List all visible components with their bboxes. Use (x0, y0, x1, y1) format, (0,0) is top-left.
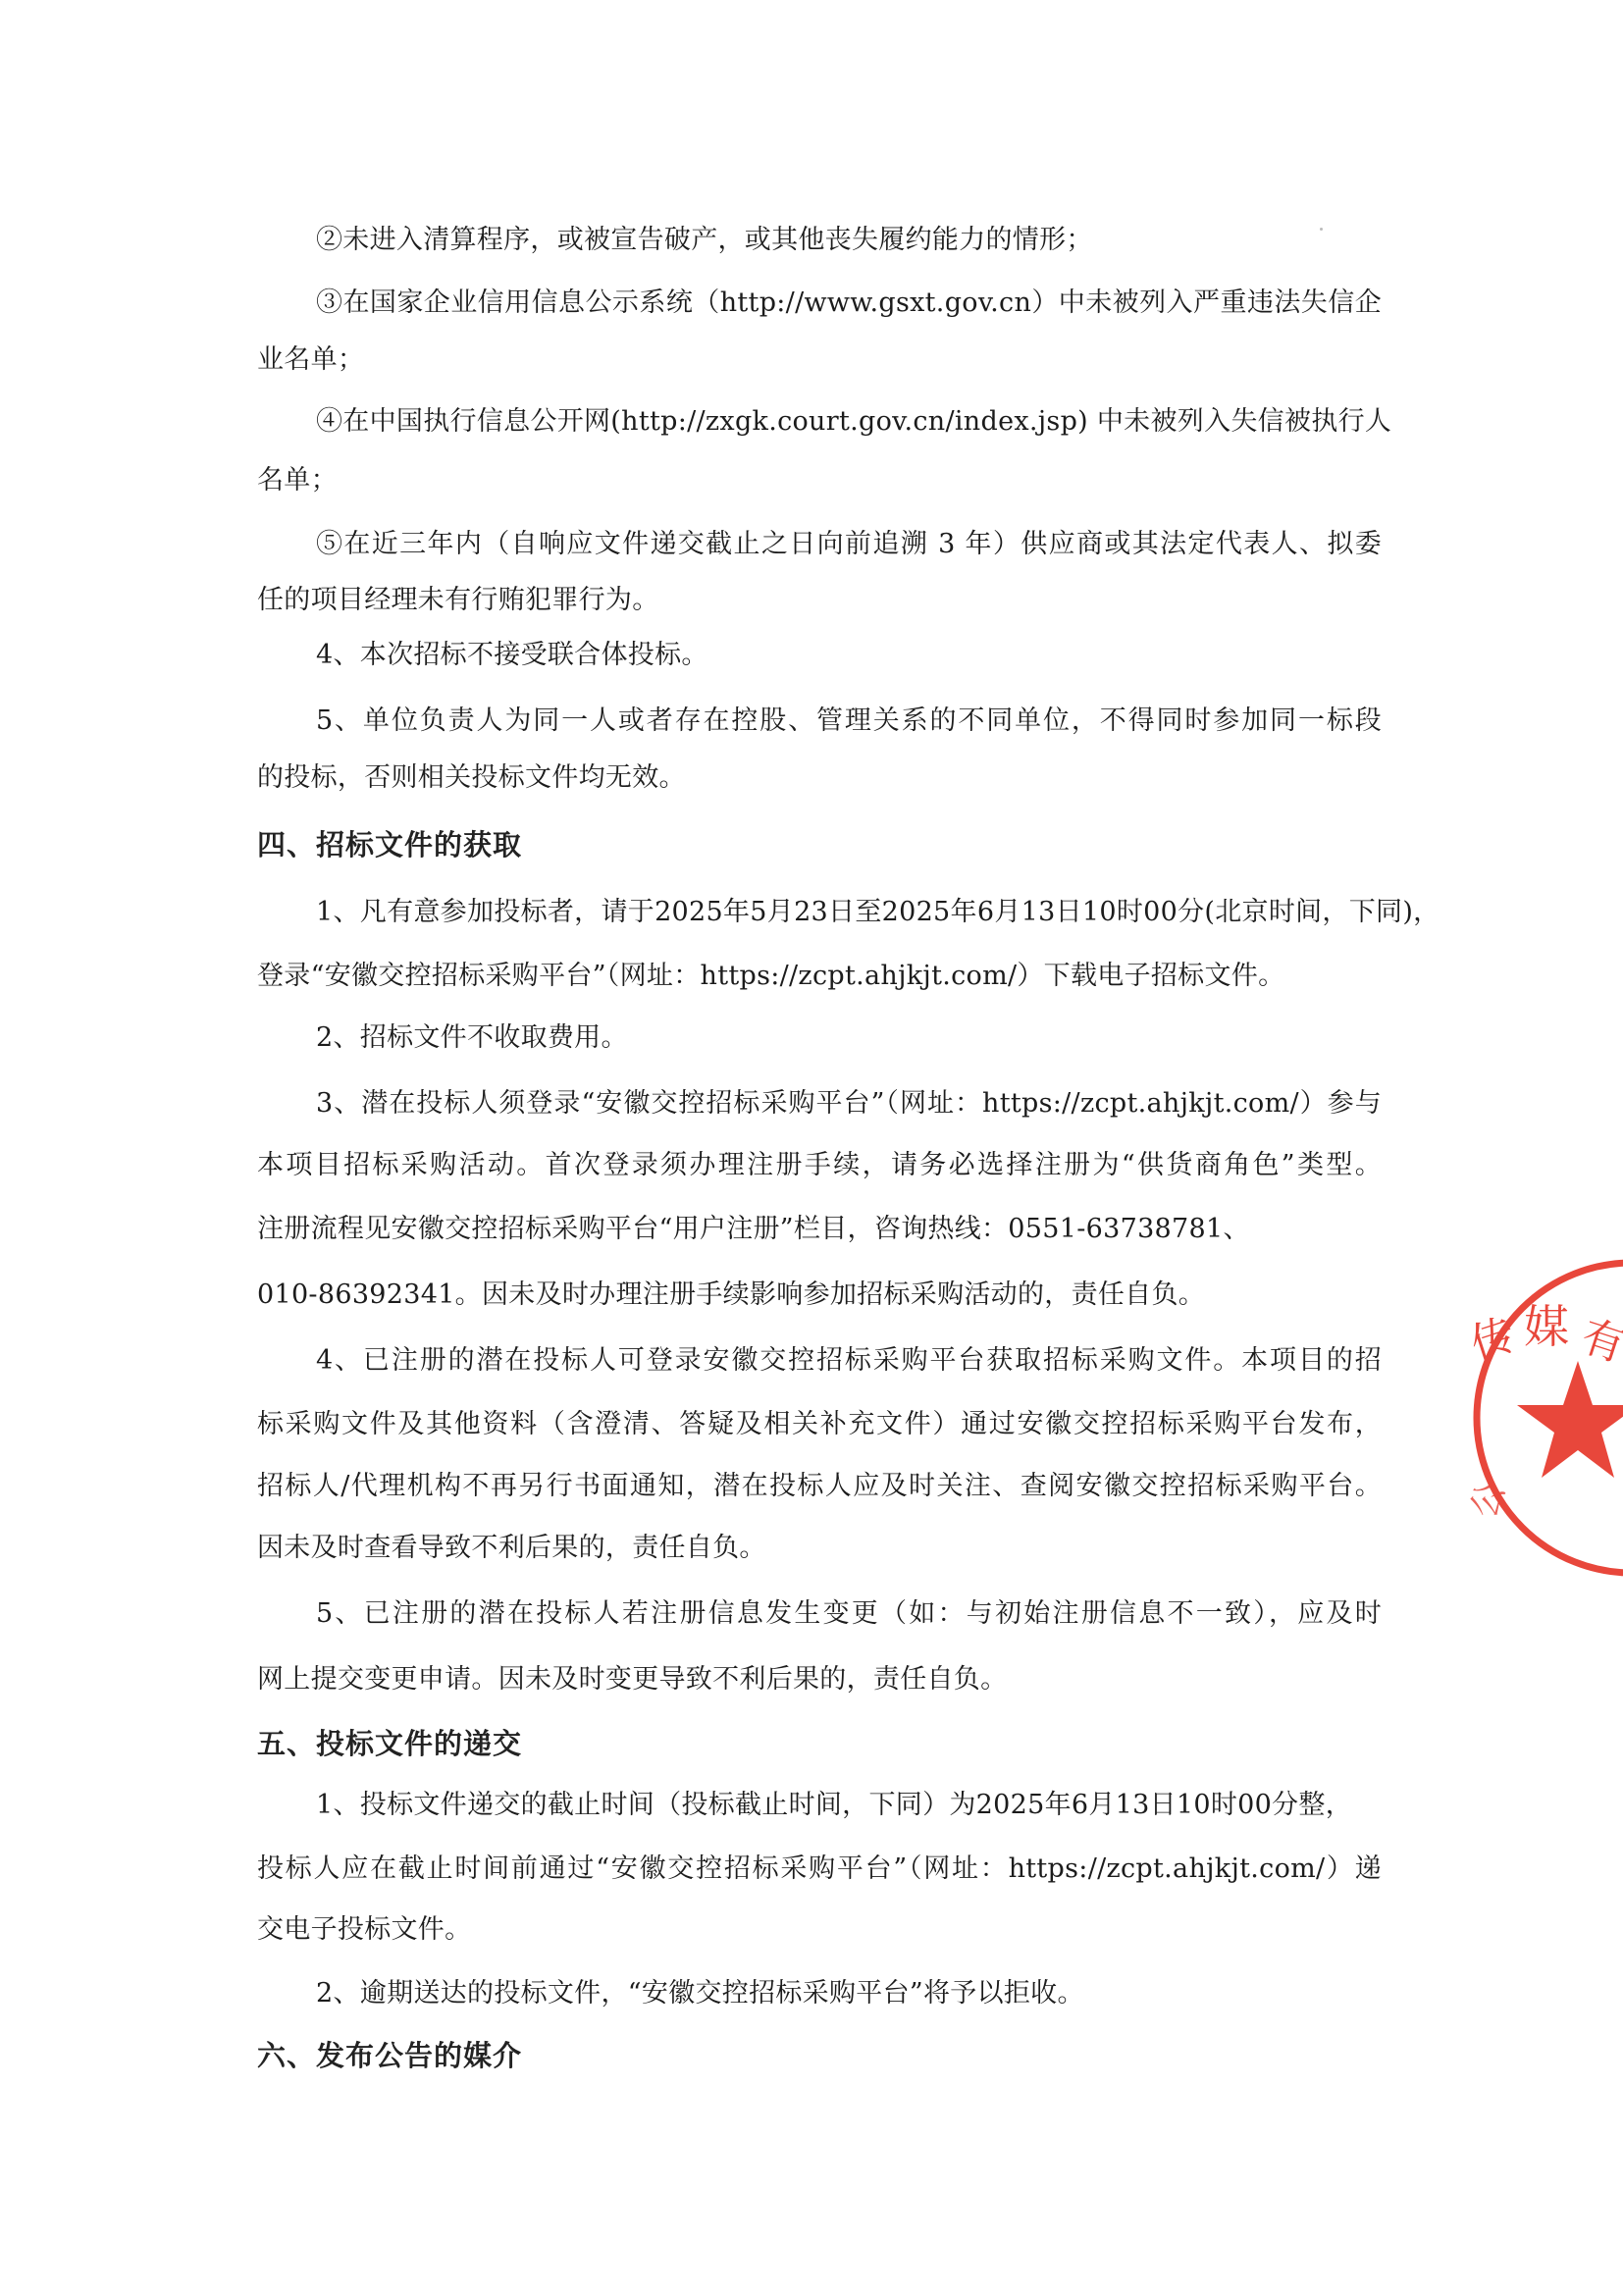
item-4-line-1: ④在中国执行信息公开网(http://zxgk.court.gov.cn/ind… (316, 407, 1382, 437)
s4-clause-1-line-2: 登录“安徽交控招标采购平台”（网址：https://zcpt.ahjkjt.co… (257, 962, 1284, 991)
s4-clause-4-line-1: 4、已注册的潜在投标人可登录安徽交控招标采购平台获取招标采购文件。本项目的招 (316, 1346, 1382, 1376)
item-4-line-2: 名单； (257, 466, 338, 496)
svg-text:有: 有 (1575, 1311, 1623, 1372)
clause-5-line-2: 的投标，否则相关投标文件均无效。 (257, 763, 686, 793)
section-heading-4: 四、招标文件的获取 (257, 830, 522, 860)
s4-clause-5-line-2: 网上提交变更申请。因未及时变更导致不利后果的，责任自负。 (257, 1665, 1007, 1695)
s4-clause-5-line-1: 5、已注册的潜在投标人若注册信息发生变更（如：与初始注册信息不一致），应及时 (316, 1599, 1382, 1629)
document-page: ②未进入清算程序，或被宣告破产，或其他丧失履约能力的情形； ③在国家企业信用信息… (0, 0, 1623, 2296)
s4-clause-3-line-4: 010-86392341。因未及时办理注册手续影响参加招标采购活动的，责任自负。 (257, 1280, 1205, 1310)
s4-clause-4-line-2: 标采购文件及其他资料（含澄清、答疑及相关补充文件）通过安徽交控招标采购平台发布， (257, 1410, 1382, 1439)
item-3-line-2: 业名单； (257, 345, 364, 375)
s4-clause-2-line-1: 2、招标文件不收取费用。 (316, 1023, 628, 1053)
scan-speck (1320, 228, 1323, 231)
section-heading-5: 五、投标文件的递交 (257, 1729, 522, 1758)
section-heading-6: 六、发布公告的媒介 (257, 2041, 522, 2070)
s4-clause-3-line-3: 注册流程见安徽交控招标采购平台“用户注册”栏目，咨询热线：0551-637387… (257, 1215, 1250, 1244)
s4-clause-4-line-4: 因未及时查看导致不利后果的，责任自负。 (257, 1534, 766, 1563)
item-5-line-1: ⑤在近三年内（自响应文件递交截止之日向前追溯 3 年）供应商或其法定代表人、拟委 (316, 530, 1382, 559)
s5-clause-1-line-3: 交电子投标文件。 (257, 1915, 471, 1945)
s4-clause-3-line-2: 本项目招标采购活动。首次登录须办理注册手续，请务必选择注册为“供货商角色”类型。 (257, 1151, 1382, 1180)
star-icon (1517, 1361, 1623, 1478)
company-seal-stamp: 传 媒 有 公 (1465, 1256, 1623, 1580)
item-5-line-2: 任的项目经理未有行贿犯罪行为。 (257, 586, 659, 615)
svg-text:媒: 媒 (1524, 1300, 1569, 1353)
s4-clause-1-line-1: 1、凡有意参加投标者，请于2025年5月23日至2025年6月13日10时00分… (316, 898, 1382, 927)
s4-clause-4-line-3: 招标人/代理机构不再另行书面通知，潜在投标人应及时关注、查阅安徽交控招标采购平台… (257, 1472, 1382, 1501)
s4-clause-3-line-1: 3、潜在投标人须登录“安徽交控招标采购平台”（网址：https://zcpt.a… (316, 1089, 1382, 1119)
clause-4-line-1: 4、本次招标不接受联合体投标。 (316, 641, 708, 670)
seal-icon: 传 媒 有 公 (1465, 1256, 1623, 1580)
svg-text:公: 公 (1465, 1477, 1513, 1524)
s5-clause-1-line-1: 1、投标文件递交的截止时间（投标截止时间，下同）为2025年6月13日10时00… (316, 1791, 1352, 1820)
clause-5-line-1: 5、单位负责人为同一人或者存在控股、管理关系的不同单位，不得同时参加同一标段 (316, 706, 1382, 736)
item-2-line-1: ②未进入清算程序，或被宣告破产，或其他丧失履约能力的情形； (316, 226, 1093, 255)
s5-clause-1-line-2: 投标人应在截止时间前通过“安徽交控招标采购平台”（网址：https://zcpt… (257, 1854, 1382, 1884)
item-3-line-1: ③在国家企业信用信息公示系统（http://www.gsxt.gov.cn）中未… (316, 288, 1382, 318)
s5-clause-2-line-1: 2、逾期送达的投标文件，“安徽交控招标采购平台”将予以拒收。 (316, 1979, 1084, 2009)
